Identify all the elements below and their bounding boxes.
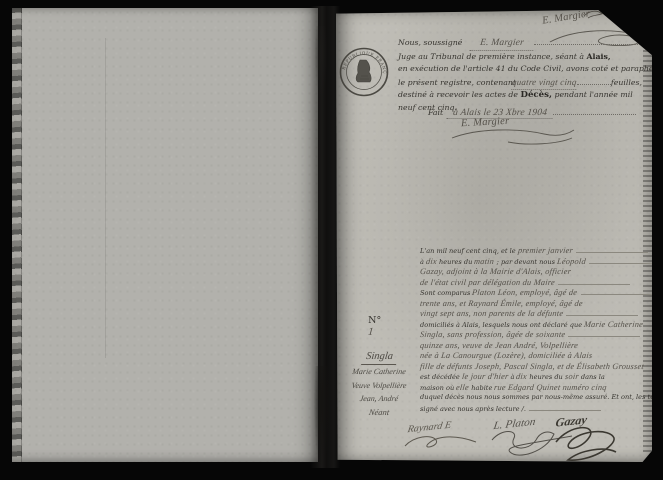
right-register-page: RÉPUBLIQUE FRANÇAISE E. Margier Nous, so… [336, 10, 652, 462]
act-text: L'an mil neuf cent cinq, et le premier j… [420, 246, 656, 414]
handwritten-text: trente ans, et Raynard Émile, employé, â… [420, 299, 584, 308]
cert-line: le présent registre, contenant quatre vi… [398, 76, 642, 90]
torn-page-edge [12, 8, 22, 462]
handwritten-text: rue Edgard Quinet numéro cinq [494, 383, 608, 392]
act-line: L'an mil neuf cent cinq, et le premier j… [420, 246, 656, 257]
seal-figure [356, 60, 371, 82]
act-line: née à La Canourgue (Lozère), domiciliée … [420, 351, 656, 362]
printed-text: heures du [437, 258, 475, 266]
act-line: vingt sept ans, non parents de la défunt… [420, 309, 656, 320]
cert-line: destiné à recevoir les actes de Décès, p… [398, 89, 642, 102]
margin-widow-of: Veuve Volpellière [335, 379, 423, 393]
handwritten-text: matin [474, 257, 495, 266]
margin-firstnames: Marie Catherine [335, 365, 423, 379]
witness-signature: Raynard E [408, 422, 451, 433]
printed-text-bold: Décès, [521, 89, 552, 102]
handwritten-text: Platon Léon, employé, âgé de [472, 288, 578, 297]
printed-text: Juge au Tribunal de première instance, s… [398, 51, 586, 64]
printed-text: duquel décès nous nous sommes par nous-m… [420, 393, 663, 401]
printed-text: signé avec nous après lecture /. [420, 405, 526, 413]
handwritten-text: dix [516, 372, 528, 381]
handwritten-text: vingt sept ans, non parents de la défunt… [420, 309, 564, 318]
blank-rule [576, 246, 648, 253]
blank-rule [577, 76, 611, 85]
corner-scribble-mark [582, 8, 612, 20]
printed-text: Sont comparus [420, 289, 472, 297]
handwritten-text: fille de défunts Joseph, Pascal Singla, … [420, 362, 645, 371]
margin-mention: Néant [335, 406, 423, 420]
book-spine [310, 6, 340, 468]
printed-text: feuilles, [611, 77, 642, 90]
blank-rule [568, 330, 640, 337]
blank-rule [566, 309, 638, 316]
act-line: fille de défunts Joseph, Pascal Singla, … [420, 362, 656, 373]
act-line: duquel décès nous nous sommes par nous-m… [420, 393, 656, 404]
blank-rule [581, 288, 653, 295]
act-number: N° 1 [350, 304, 381, 349]
handwritten-text: Gazay, adjoint à la Mairie d'Alais, offi… [420, 267, 572, 276]
handwritten-text: premier janvier [517, 246, 573, 255]
act-line: domiciliés à Alais, lesquels nous ont dé… [420, 320, 656, 331]
printed-text: le présent registre, contenant [398, 77, 516, 90]
handwritten-name: E. Margier [470, 37, 535, 51]
printed-text: N° [368, 315, 381, 326]
page-crease [105, 38, 106, 358]
printed-text: L'an mil neuf cent cinq, et le [420, 247, 518, 255]
margin-surname: Singla [361, 350, 398, 365]
printed-text: est décédée [420, 373, 462, 381]
act-line: de l'état civil par délégation du Maire [420, 278, 656, 289]
blank-rule [534, 36, 642, 45]
printed-text: Fait [428, 108, 443, 117]
signature-flourish [550, 422, 622, 466]
printed-text: en exécution de l'article 41 du Code Civ… [398, 63, 653, 76]
fait-line: Fait à Alais le 23 Xbre 1904 [428, 106, 636, 119]
blank-rule [558, 278, 630, 285]
printed-text: pendant l'année mil [552, 89, 633, 102]
blank-rule [589, 257, 656, 264]
printed-text: destiné à recevoir les actes de [398, 89, 521, 102]
witness-signature: L. Platon [494, 418, 535, 430]
margin-husband-firstnames: Jean, André [335, 392, 423, 406]
handwritten-text: dix [426, 257, 438, 266]
cert-line: Nous, soussigné E. Margier [398, 36, 642, 51]
printed-text: maison où [420, 384, 456, 392]
handwritten-text: soir [564, 372, 579, 381]
printed-text-bold: Alais, [586, 51, 610, 64]
printed-text: ; par devant nous [495, 258, 558, 266]
act-line: à dix heures du matin ; par devant nous … [420, 257, 656, 268]
register-scan: RÉPUBLIQUE FRANÇAISE E. Margier Nous, so… [0, 0, 663, 480]
handwritten-text: Léopold [557, 257, 587, 266]
handwritten-text: née à La Canourgue (Lozère), domiciliée … [420, 351, 593, 360]
cert-line: Juge au Tribunal de première instance, s… [398, 51, 642, 64]
printed-text: domiciliés à Alais, lesquels nous ont dé… [420, 321, 584, 329]
act-line: quinze ans, veuve de Jean André, Volpell… [420, 341, 656, 352]
printed-text: habite [469, 384, 494, 392]
act-line: signé avec nous après lecture /. [420, 404, 656, 415]
handwritten-count: quatre vingt cinq [511, 76, 577, 90]
blank-rule [529, 404, 601, 411]
act-line: trente ans, et Raynard Émile, employé, â… [420, 299, 656, 310]
handwritten-text: elle [456, 383, 470, 392]
spine-shadow [314, 366, 330, 471]
republic-seal-icon: RÉPUBLIQUE FRANÇAISE [338, 46, 390, 98]
margin-deceased-name: Singla Marie Catherine Veuve Volpellière… [336, 344, 422, 419]
act-line: Gazay, adjoint à la Mairie d'Alais, offi… [420, 267, 656, 278]
act-line: est décédée le jour d'hier à dix heures … [420, 372, 656, 383]
act-line: maison où elle habite rue Edgard Quinet … [420, 383, 656, 394]
signature-flourish [402, 430, 484, 456]
handwritten-text: Marie Catherine [584, 320, 644, 329]
blank-rule [553, 106, 636, 115]
printed-text: dans la [579, 373, 605, 381]
left-blank-page [12, 8, 318, 462]
cert-line: en exécution de l'article 41 du Code Civ… [398, 63, 642, 76]
printed-text: heures du [527, 373, 565, 381]
certification-block: Nous, soussigné E. Margier Juge au Tribu… [398, 36, 642, 115]
handwritten-number: 1 [367, 326, 374, 338]
handwritten-text: de l'état civil par délégation du Maire [420, 278, 556, 287]
act-line: Sont comparus Platon Léon, employé, âgé … [420, 288, 656, 299]
act-line: Singla, sans profession, âgée de soixant… [420, 330, 656, 341]
handwritten-text: Singla, sans profession, âgée de soixant… [420, 330, 566, 339]
spine-shadow [315, 26, 327, 96]
handwritten-text: quinze ans, veuve de Jean André, Volpell… [420, 341, 579, 350]
handwritten-text: le jour d'hier [461, 372, 508, 381]
officer-signature: Gazay [556, 414, 587, 429]
printed-text: Nous, soussigné [398, 37, 462, 50]
signature-flourish [448, 126, 578, 146]
